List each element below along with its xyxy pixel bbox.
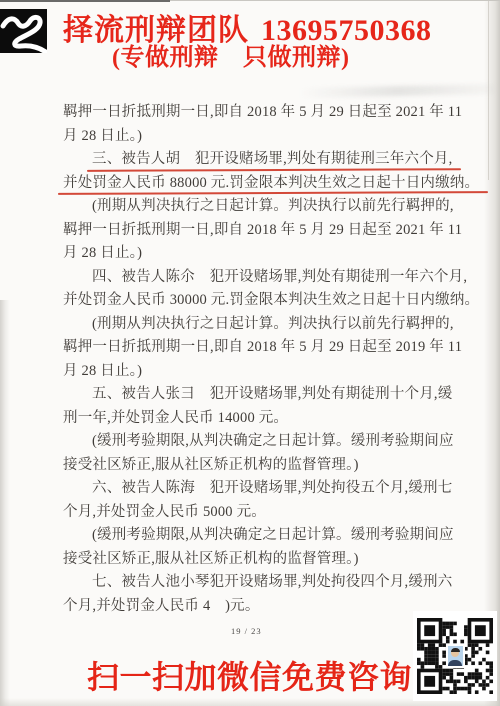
qr-center-avatar	[446, 644, 465, 668]
qr-code	[413, 611, 497, 701]
document-line: 并处罚金人民币 88000 元.罚金限本判决生效之日起十日内缴纳。	[63, 172, 479, 196]
zeliu-swoosh-logo-icon	[0, 9, 47, 53]
document-line: (刑期从判决执行之日起计算。判决执行以前先行羁押的,	[63, 195, 479, 219]
document-line: 七、被告人池小琴犯开设赌场罪,判处拘役四个月,缓刑六	[63, 571, 479, 595]
document-line: 刑一年,并处罚金人民币 14000 元。	[63, 407, 479, 431]
document-line: 六、被告人陈海 犯开设赌场罪,判处拘役五个月,缓刑七	[63, 477, 479, 501]
document-line: 月 28 日止。)	[63, 242, 479, 266]
avatar-shirt	[448, 660, 462, 668]
document-line: 并处罚金人民币 30000 元.罚金限本判决生效之日起十日内缴纳。	[63, 289, 479, 313]
document-line: 羁押一日折抵刑期一日,即自 2018 年 5 月 29 日起至 2019 年 1…	[63, 336, 479, 360]
paper-right-edge-shadow	[484, 0, 500, 706]
avatar-hair	[451, 648, 460, 652]
document-line: 接受社区矫正,服从社区矫正机构的监督管理。)	[63, 454, 479, 478]
wechat-cta-text: 扫一扫加微信免费咨询	[87, 652, 412, 698]
document-body: 羁押一日折抵刑期一日,即自 2018 年 5 月 29 日起至 2021 年 1…	[63, 101, 479, 618]
document-line: 月 28 日止。)	[63, 125, 479, 149]
header-subtitle: (专做刑辩 只做刑辩)	[112, 37, 349, 72]
document-line: (缓刑考验期限,从判决确定之日起计算。缓刑考验期间应	[63, 430, 479, 454]
paper-left-edge-shadow	[0, 300, 10, 706]
document-line: (刑期从判决执行之日起计算。判决执行以前先行羁押的,	[63, 313, 479, 337]
scanned-judgment-page: 择流刑辩团队13695750368 (专做刑辩 只做刑辩) 羁押一日折抵刑期一日…	[0, 0, 500, 706]
document-line: 羁押一日折抵刑期一日,即自 2018 年 5 月 29 日起至 2021 年 1…	[63, 101, 479, 125]
page-number: 19 / 23	[231, 626, 262, 636]
document-line: 五、被告人张彐 犯开设赌场罪,判处有期徒刑十个月,缓	[63, 383, 479, 407]
scan-top-edge-light	[170, 0, 500, 1]
document-line: 四、被告人陈尒 犯开设赌场罪,判处有期徒刑一年六个月,	[63, 266, 479, 290]
scan-top-edge	[0, 0, 170, 2]
document-line: 接受社区矫正,服从社区矫正机构的监督管理。)	[63, 548, 479, 572]
document-line: (缓刑考验期限,从判决确定之日起计算。缓刑考验期间应	[63, 524, 479, 548]
document-line: 羁押一日折抵刑期一日,即自 2018 年 5 月 29 日起至 2021 年 1…	[63, 219, 479, 243]
scan-smudge	[300, 84, 495, 98]
document-line: 个月,并处罚金人民币 5000 元。	[63, 501, 479, 525]
document-line: 月 28 日止。)	[63, 360, 479, 384]
document-line: 三、被告人胡 犯开设赌场罪,判处有期徒刑三年六个月,	[63, 148, 479, 172]
